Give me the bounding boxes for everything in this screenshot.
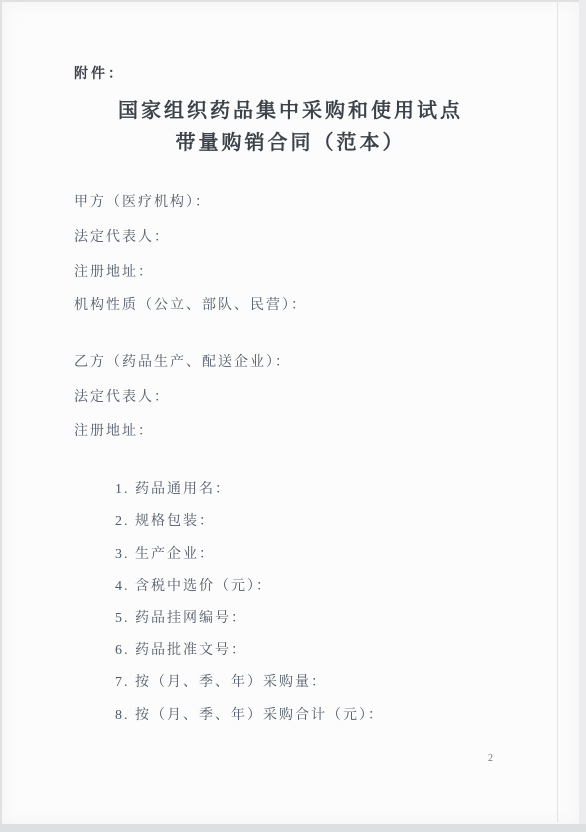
party-a-legal-rep-label: 法定代表人： bbox=[74, 226, 170, 246]
drug-field-listing-number: 5. 药品挂网编号： bbox=[115, 607, 247, 627]
scan-edge-bottom bbox=[0, 824, 586, 832]
scan-crease-line bbox=[557, 2, 558, 822]
drug-field-generic-name: 1. 药品通用名： bbox=[115, 478, 231, 498]
party-a-reg-address-label: 注册地址： bbox=[74, 261, 154, 281]
contract-title-line1: 国家组织药品集中采购和使用试点 bbox=[2, 94, 579, 123]
party-b-reg-address-label: 注册地址： bbox=[74, 420, 154, 440]
scanned-document-page: 附件： 国家组织药品集中采购和使用试点 带量购销合同（范本） 甲方（医疗机构）：… bbox=[2, 2, 579, 824]
drug-field-purchase-total: 8. 按（月、季、年）采购合计（元）： bbox=[115, 704, 384, 724]
contract-title-line2: 带量购销合同（范本） bbox=[2, 126, 579, 155]
drug-field-manufacturer: 3. 生产企业： bbox=[115, 543, 215, 563]
page-number: 2 bbox=[488, 753, 493, 764]
scan-edge-right bbox=[579, 0, 586, 832]
party-b-name-label: 乙方（药品生产、配送企业）： bbox=[74, 351, 291, 371]
party-a-name-label: 甲方（医疗机构）： bbox=[74, 191, 211, 211]
party-b-legal-rep-label: 法定代表人： bbox=[74, 386, 170, 406]
party-a-nature-label: 机构性质（公立、部队、民营）： bbox=[74, 294, 307, 314]
drug-field-purchase-volume: 7. 按（月、季、年）采购量： bbox=[115, 671, 327, 691]
drug-field-approval-number: 6. 药品批准文号： bbox=[115, 639, 247, 659]
drug-field-spec-packaging: 2. 规格包装： bbox=[115, 510, 215, 530]
attachment-label: 附件： bbox=[74, 63, 125, 83]
drug-field-selected-price: 4. 含税中选价（元）： bbox=[115, 575, 272, 595]
